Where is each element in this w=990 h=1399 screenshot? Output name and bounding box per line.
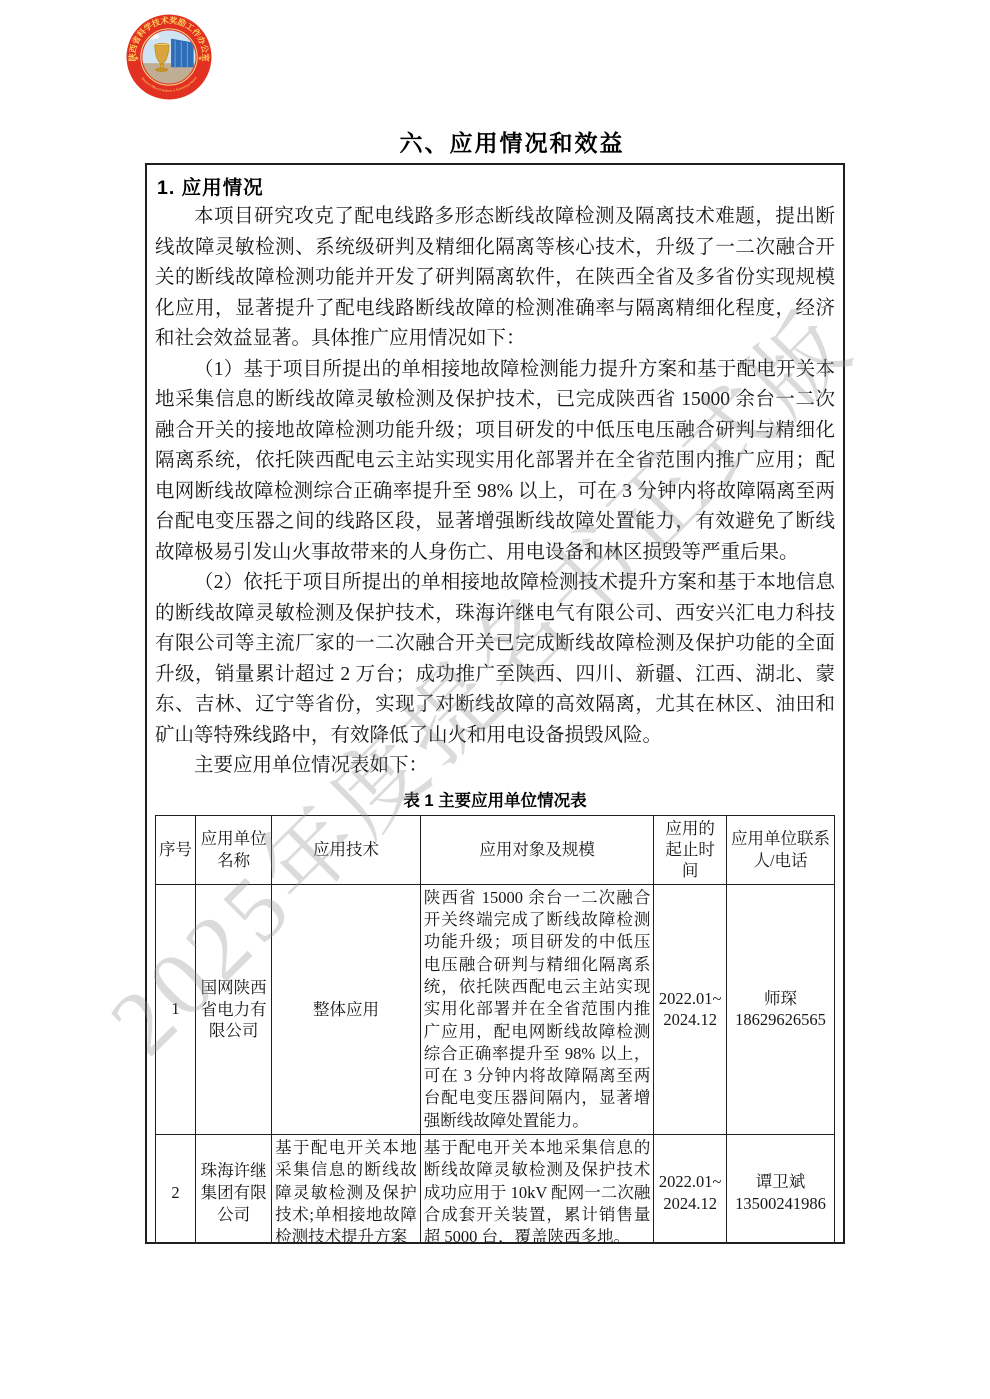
seal-emblem <box>142 30 195 83</box>
col-header-tech: 应用技术 <box>272 815 421 884</box>
award-office-seal: 陕西省科学技术奖励工作办公室 Shaanxi Office of Science… <box>126 14 212 100</box>
page-title: 六、应用情况和效益 <box>145 125 845 158</box>
col-header-unit: 应用单位名称 <box>196 815 272 884</box>
paragraph-table-intro: 主要应用单位情况表如下： <box>155 751 835 782</box>
row1-period-start: 2022.01~ <box>657 988 723 1010</box>
row2-scope: 基于配电开关本地采集信息的断线故障灵敏检测及保护技术成功应用于 10kV 配网一… <box>420 1135 654 1244</box>
row2-unit: 珠海许继集团有限公司 <box>196 1135 272 1244</box>
row1-period: 2022.01~ 2024.12 <box>654 884 727 1134</box>
paragraph-overview: 本项目研究攻克了配电线路多形态断线故障检测及隔离技术难题，提出断线故障灵敏检测、… <box>155 202 835 355</box>
row1-period-end: 2024.12 <box>657 1009 723 1031</box>
paragraph-item-1: （1）基于项目所提出的单相接地故障检测能力提升方案和基于配电开关本地采集信息的断… <box>155 355 835 569</box>
col-header-contact: 应用单位联系人/电话 <box>727 815 835 884</box>
row1-unit: 国网陕西省电力有限公司 <box>196 884 272 1134</box>
row2-contact-phone: 13500241986 <box>730 1193 831 1215</box>
row2-period-start: 2022.01~ <box>657 1171 723 1193</box>
seal-star-left: ★ <box>134 55 139 62</box>
paragraph-item-2: （2）依托于项目所提出的单相接地故障检测技术提升方案和基于本地信息的断线故障灵敏… <box>155 568 835 751</box>
application-units-table: 序号 应用单位名称 应用技术 应用对象及规模 应用的起止时间 应用单位联系人/电… <box>155 815 835 1245</box>
row2-tech: 基于配电开关本地采集信息的断线故障灵敏检测及保护技术;单相接地故障检测技术提升方… <box>272 1135 421 1244</box>
row2-index: 2 <box>156 1135 196 1244</box>
table-header-row: 序号 应用单位名称 应用技术 应用对象及规模 应用的起止时间 应用单位联系人/电… <box>156 815 835 884</box>
col-header-scope: 应用对象及规模 <box>420 815 654 884</box>
table-row: 2 珠海许继集团有限公司 基于配电开关本地采集信息的断线故障灵敏检测及保护技术;… <box>156 1135 835 1244</box>
row1-contact-name: 师琛 <box>730 988 831 1010</box>
content-box: 1. 应用情况 本项目研究攻克了配电线路多形态断线故障检测及隔离技术难题，提出断… <box>145 163 845 1244</box>
col-header-period: 应用的起止时间 <box>654 815 727 884</box>
table-row: 1 国网陕西省电力有限公司 整体应用 陕西省 15000 余台一二次融合开关终端… <box>156 884 835 1134</box>
row2-period-end: 2024.12 <box>657 1193 723 1215</box>
row1-contact: 师琛 18629626565 <box>727 884 835 1134</box>
row1-tech: 整体应用 <box>272 884 421 1134</box>
row2-contact: 谭卫斌 13500241986 <box>727 1135 835 1244</box>
row1-scope: 陕西省 15000 余台一二次融合开关终端完成了断线故障检测功能升级；项目研发的… <box>420 884 654 1134</box>
row1-contact-phone: 18629626565 <box>730 1009 831 1031</box>
seal-star-right: ★ <box>198 55 203 62</box>
col-header-index: 序号 <box>156 815 196 884</box>
section-heading: 1. 应用情况 <box>157 172 835 200</box>
row2-contact-name: 谭卫斌 <box>730 1171 831 1193</box>
row2-period: 2022.01~ 2024.12 <box>654 1135 727 1244</box>
table-caption: 表 1 主要应用单位情况表 <box>155 787 835 811</box>
row1-index: 1 <box>156 884 196 1134</box>
